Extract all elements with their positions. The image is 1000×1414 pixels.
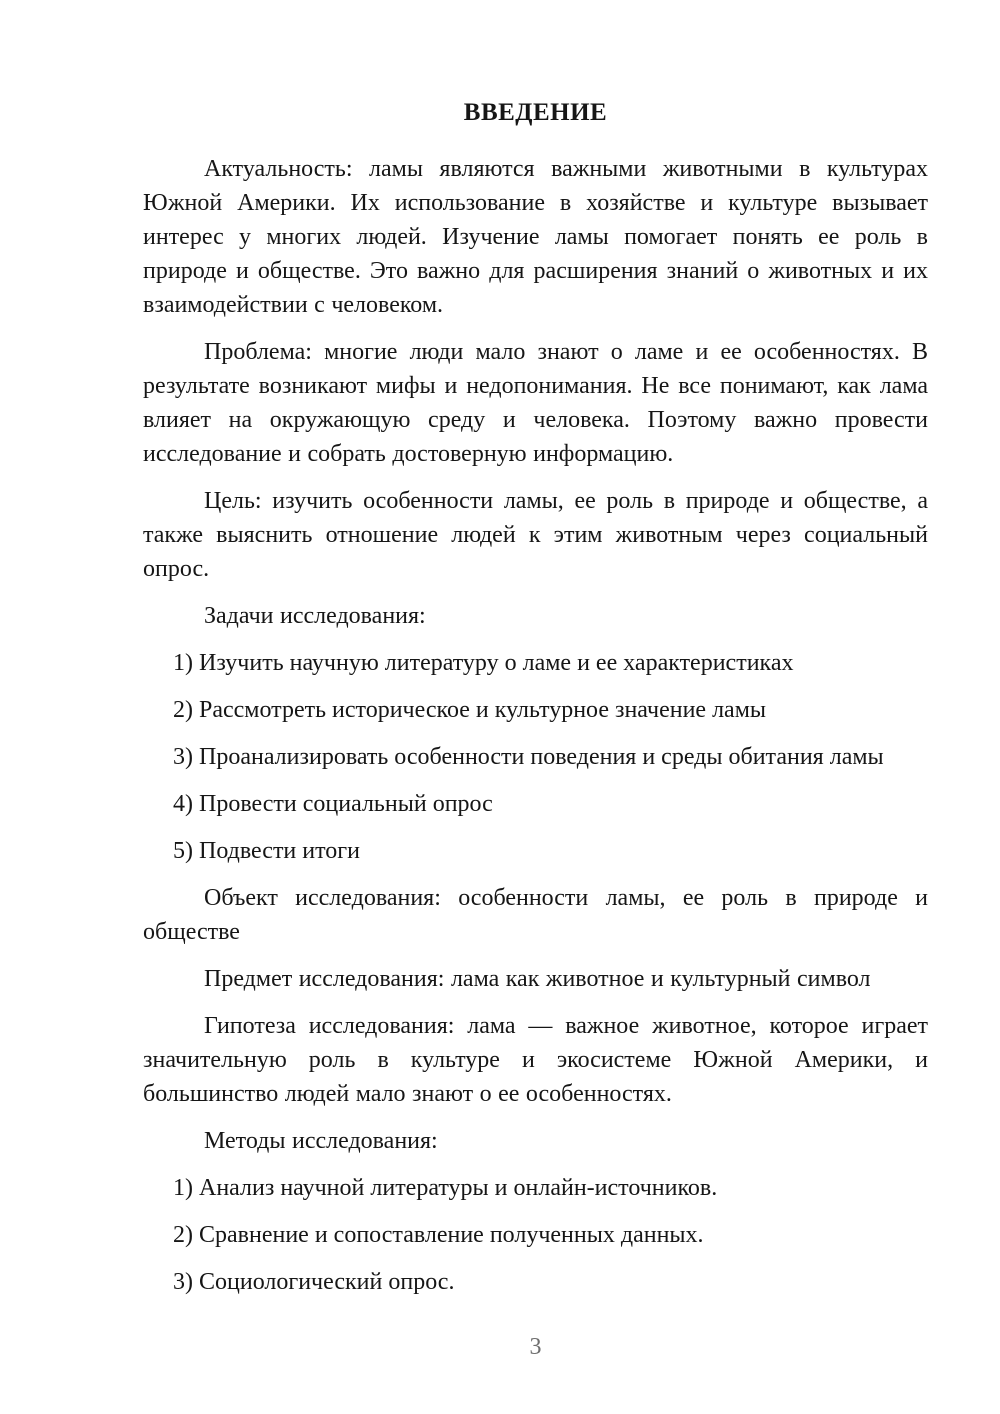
paragraph-relevance: Актуальность: ламы являются важными живо…	[143, 152, 928, 322]
paragraph-object: Объект исследования: особенности ламы, е…	[143, 881, 928, 949]
paragraph-problem: Проблема: многие люди мало знают о ламе …	[143, 335, 928, 471]
document-title: ВВЕДЕНИЕ	[143, 96, 928, 130]
paragraph-subject: Предмет исследования: лама как животное …	[143, 962, 928, 996]
document-page: ВВЕДЕНИЕ Актуальность: ламы являются важ…	[0, 0, 1000, 1414]
task-item-2: 2) Рассмотреть историческое и культурное…	[143, 693, 928, 727]
paragraph-hypothesis: Гипотеза исследования: лама — важное жив…	[143, 1009, 928, 1111]
methods-heading: Методы исследования:	[143, 1124, 928, 1158]
task-item-3: 3) Проанализировать особенности поведени…	[143, 740, 928, 774]
paragraph-goal: Цель: изучить особенности ламы, ее роль …	[143, 484, 928, 586]
method-item-3: 3) Социологический опрос.	[143, 1265, 928, 1299]
page-number: 3	[143, 1330, 928, 1364]
method-item-1: 1) Анализ научной литературы и онлайн-ис…	[143, 1171, 928, 1205]
method-item-2: 2) Сравнение и сопоставление полученных …	[143, 1218, 928, 1252]
task-item-4: 4) Провести социальный опрос	[143, 787, 928, 821]
tasks-heading: Задачи исследования:	[143, 599, 928, 633]
task-item-1: 1) Изучить научную литературу о ламе и е…	[143, 646, 928, 680]
task-item-5: 5) Подвести итоги	[143, 834, 928, 868]
